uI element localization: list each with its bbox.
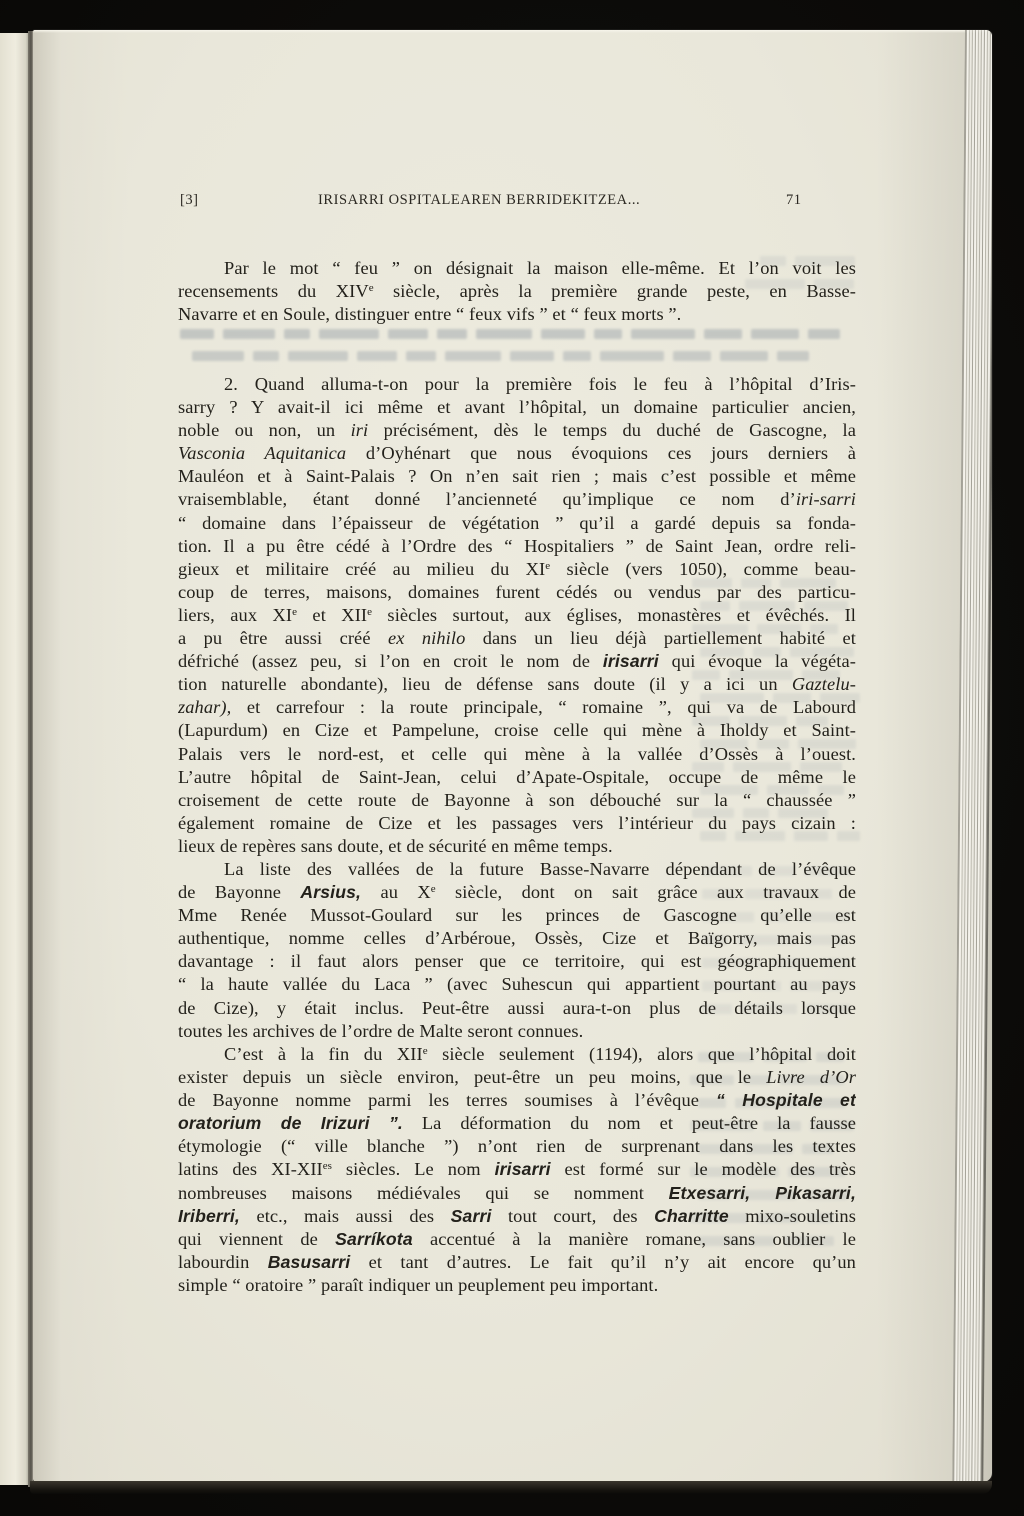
text-run: e bbox=[369, 282, 374, 294]
text-line: La liste des vallées de la future Basse-… bbox=[178, 858, 856, 881]
text-run: (Lapurdum) en Cize et Pampelune, croise … bbox=[178, 720, 856, 740]
text-run: d’Oyhénart que nous évoquions ces jours … bbox=[346, 443, 856, 463]
text-run: Arsius, bbox=[300, 882, 361, 902]
text-line: de Bayonne nomme parmi les terres soumis… bbox=[178, 1089, 856, 1112]
text-run: étymologie (“ ville blanche ”) n’ont rie… bbox=[178, 1136, 856, 1156]
text-run: siècle, dont on sait grâce aux travaux d… bbox=[436, 882, 856, 902]
text-run: coup de terres, maisons, domaines furent… bbox=[178, 582, 856, 602]
text-line: L’autre hôpital de Saint-Jean, celui d’A… bbox=[178, 766, 856, 789]
text-line: (Lapurdum) en Cize et Pampelune, croise … bbox=[178, 719, 856, 742]
text-run: liers, aux XI bbox=[178, 605, 292, 625]
paragraph-4: C’est à la fin du XIIe siècle seulement … bbox=[178, 1043, 856, 1297]
text-line: simple “ oratoire ” paraît indiquer un p… bbox=[178, 1274, 856, 1297]
text-run: qui évoque la végéta- bbox=[659, 651, 856, 671]
text-run: dans un lieu déjà partiellement habité e… bbox=[465, 628, 856, 648]
text-line: défriché (assez peu, si l’on en croit le… bbox=[178, 650, 856, 673]
text-run: et carrefour : la route principale, “ ro… bbox=[231, 697, 856, 717]
text-run: e bbox=[367, 606, 372, 618]
paragraph-2: 2. Quand alluma-t-on pour la première fo… bbox=[178, 373, 856, 858]
text-run: C’est à la fin du XII bbox=[224, 1044, 423, 1064]
text-run: défriché (assez peu, si l’on en croit le… bbox=[178, 651, 603, 671]
text-line: étymologie (“ ville blanche ”) n’ont rie… bbox=[178, 1135, 856, 1158]
text-line: C’est à la fin du XIIe siècle seulement … bbox=[178, 1043, 856, 1066]
text-run: Palais vers le nord-est, et celle qui mè… bbox=[178, 744, 856, 764]
text-run: tout court, des bbox=[492, 1206, 655, 1226]
text-line: “ la haute vallée du Laca ” (avec Suhesc… bbox=[178, 973, 856, 996]
text-run: simple “ oratoire ” paraît indiquer un p… bbox=[178, 1275, 658, 1295]
text-line: lieux de repères sans doute, et de sécur… bbox=[178, 835, 856, 858]
text-line: recensements du XIVe siècle, après la pr… bbox=[178, 280, 856, 303]
text-line: zahar), et carrefour : la route principa… bbox=[178, 696, 856, 719]
text-run: siècles. Le nom bbox=[332, 1159, 495, 1179]
text-line: a pu être aussi créé ex nihilo dans un l… bbox=[178, 627, 856, 650]
text-run: irisarri bbox=[495, 1159, 551, 1179]
text-run: recensements du XIV bbox=[178, 281, 369, 301]
text-run: authentique, nomme celles d’Arbéroue, Os… bbox=[178, 928, 856, 948]
text-run: Sarri bbox=[451, 1206, 492, 1226]
text-line: Par le mot “ feu ” on désignait la maiso… bbox=[178, 257, 856, 280]
text-run: La déformation du nom et peut-être la fa… bbox=[403, 1113, 856, 1133]
previous-page-edge bbox=[0, 33, 28, 1485]
text-run: vraisemblable, étant donné l’ancienneté … bbox=[178, 489, 796, 509]
text-line: oratorium de Irizuri ”. La déformation d… bbox=[178, 1112, 856, 1135]
text-run: “ Hospitale et bbox=[716, 1090, 856, 1110]
text-run: oratorium de Irizuri ”. bbox=[178, 1113, 403, 1133]
text-run: et XII bbox=[297, 605, 367, 625]
text-run: croisement de cette route de Bayonne à s… bbox=[178, 790, 856, 810]
text-run: L’autre hôpital de Saint-Jean, celui d’A… bbox=[178, 767, 856, 787]
page-stack-fore-edge bbox=[952, 30, 992, 1482]
text-line: nombreuses maisons médiévales qui se nom… bbox=[178, 1182, 856, 1205]
text-line: authentique, nomme celles d’Arbéroue, Os… bbox=[178, 927, 856, 950]
text-run: latins des XI-XII bbox=[178, 1159, 323, 1179]
text-line: de Cize), y était inclus. Peut-être auss… bbox=[178, 997, 856, 1020]
text-line: Mme Renée Mussot-Goulard sur les princes… bbox=[178, 904, 856, 927]
text-run: siècle, après la première grande peste, … bbox=[374, 281, 856, 301]
text-run: nombreuses maisons médiévales qui se nom… bbox=[178, 1183, 669, 1203]
page-text-block: Par le mot “ feu ” on désignait la maiso… bbox=[178, 0, 856, 1516]
text-run: davantage : il faut alors penser que ce … bbox=[178, 951, 856, 971]
text-run: e bbox=[545, 560, 550, 572]
text-run: Sarríkota bbox=[335, 1229, 413, 1249]
paragraph-3: La liste des vallées de la future Basse-… bbox=[178, 858, 856, 1043]
text-run: sarry ? Y avait-il ici même et avant l’h… bbox=[178, 397, 856, 417]
text-run: précisément, dès le temps du duché de Ga… bbox=[368, 420, 856, 440]
text-line: vraisemblable, étant donné l’ancienneté … bbox=[178, 488, 856, 511]
text-run: qui viennent de bbox=[178, 1229, 335, 1249]
text-line: tion. Il a pu être cédé à l’Ordre des “ … bbox=[178, 535, 856, 558]
text-run: exister depuis un siècle environ, peut-ê… bbox=[178, 1067, 766, 1087]
text-line: Mauléon et à Saint-Palais ? On n’en sait… bbox=[178, 465, 856, 488]
text-run: gieux et militaire créé au milieu du XI bbox=[178, 559, 545, 579]
text-run: est formé sur le modèle des très bbox=[551, 1159, 856, 1179]
text-run: etc., mais aussi des bbox=[240, 1206, 451, 1226]
text-run: Etxesarri, Pikasarri, bbox=[669, 1183, 856, 1203]
text-run: e bbox=[423, 1045, 428, 1057]
text-run: a pu être aussi créé bbox=[178, 628, 388, 648]
text-run: Mauléon et à Saint-Palais ? On n’en sait… bbox=[178, 466, 856, 486]
text-run: siècle (vers 1050), comme beau- bbox=[550, 559, 856, 579]
text-line: de Bayonne Arsius, au Xe siècle, dont on… bbox=[178, 881, 856, 904]
text-run: tion naturelle abondante), lieu de défen… bbox=[178, 674, 792, 694]
text-run: Navarre et en Soule, distinguer entre “ … bbox=[178, 304, 681, 324]
text-run: “ la haute vallée du Laca ” (avec Suhesc… bbox=[178, 974, 856, 994]
text-run: accentué à la manière romane, sans oubli… bbox=[413, 1229, 856, 1249]
text-line: sarry ? Y avait-il ici même et avant l’h… bbox=[178, 396, 856, 419]
text-line: Navarre et en Soule, distinguer entre “ … bbox=[178, 303, 856, 326]
text-line: 2. Quand alluma-t-on pour la première fo… bbox=[178, 373, 856, 396]
text-run: toutes les archives de l’ordre de Malte … bbox=[178, 1021, 583, 1041]
photo-background: [3] IRISARRI OSPITALEAREN BERRIDEKITZEA.… bbox=[0, 0, 1024, 1516]
text-run: La liste des vallées de la future Basse-… bbox=[224, 859, 856, 879]
text-run: de Bayonne nomme parmi les terres soumis… bbox=[178, 1090, 716, 1110]
text-run: es bbox=[323, 1160, 332, 1172]
text-line: toutes les archives de l’ordre de Malte … bbox=[178, 1020, 856, 1043]
text-line: tion naturelle abondante), lieu de défen… bbox=[178, 673, 856, 696]
text-line: “ domaine dans l’épaisseur de végétation… bbox=[178, 512, 856, 535]
text-run: tion. Il a pu être cédé à l’Ordre des “ … bbox=[178, 536, 856, 556]
text-run: Livre d’Or bbox=[766, 1067, 856, 1087]
text-run: Par le mot “ feu ” on désignait la maiso… bbox=[224, 258, 856, 278]
text-run: Gaztelu- bbox=[792, 674, 856, 694]
text-line: noble ou non, un iri précisément, dès le… bbox=[178, 419, 856, 442]
text-run: lieux de repères sans doute, et de sécur… bbox=[178, 836, 613, 856]
text-run: Mme Renée Mussot-Goulard sur les princes… bbox=[178, 905, 856, 925]
text-line: Iriberri, etc., mais aussi des Sarri tou… bbox=[178, 1205, 856, 1228]
text-line: qui viennent de Sarríkota accentué à la … bbox=[178, 1228, 856, 1251]
text-run: 2. Quand alluma-t-on pour la première fo… bbox=[224, 374, 856, 394]
text-run: au X bbox=[361, 882, 431, 902]
text-line: exister depuis un siècle environ, peut-ê… bbox=[178, 1066, 856, 1089]
text-run: Charritte bbox=[654, 1206, 729, 1226]
text-run: de Bayonne bbox=[178, 882, 300, 902]
text-run: Basusarri bbox=[268, 1252, 351, 1272]
text-run: Iriberri, bbox=[178, 1206, 240, 1226]
text-line: liers, aux XIe et XIIe siècles surtout, … bbox=[178, 604, 856, 627]
text-run: ex nihilo bbox=[388, 628, 465, 648]
text-line: également romaine de Cize et les passage… bbox=[178, 812, 856, 835]
text-run: irisarri bbox=[603, 651, 659, 671]
text-run: iri bbox=[351, 420, 369, 440]
text-line: Vasconia Aquitanica d’Oyhénart que nous … bbox=[178, 442, 856, 465]
paragraph-1: Par le mot “ feu ” on désignait la maiso… bbox=[178, 257, 856, 326]
text-run: également romaine de Cize et les passage… bbox=[178, 813, 856, 833]
text-run: e bbox=[431, 883, 436, 895]
text-line: croisement de cette route de Bayonne à s… bbox=[178, 789, 856, 812]
text-run: et tant d’autres. Le fait qu’il n’y ait … bbox=[350, 1252, 856, 1272]
text-line: Palais vers le nord-est, et celle qui mè… bbox=[178, 743, 856, 766]
text-run: mixo-souletins bbox=[729, 1206, 856, 1226]
text-run: labourdin bbox=[178, 1252, 268, 1272]
text-run: siècles surtout, aux églises, monastères… bbox=[372, 605, 856, 625]
text-line: latins des XI-XIIes siècles. Le nom iris… bbox=[178, 1158, 856, 1181]
text-run: zahar), bbox=[178, 697, 231, 717]
text-run: iri-sarri bbox=[796, 489, 856, 509]
text-run: “ domaine dans l’épaisseur de végétation… bbox=[178, 513, 856, 533]
text-run: e bbox=[292, 606, 297, 618]
text-run: Vasconia Aquitanica bbox=[178, 443, 346, 463]
text-line: labourdin Basusarri et tant d’autres. Le… bbox=[178, 1251, 856, 1274]
text-run: de Cize), y était inclus. Peut-être auss… bbox=[178, 998, 856, 1018]
text-run: noble ou non, un bbox=[178, 420, 351, 440]
text-run: siècle seulement (1194), alors que l’hôp… bbox=[428, 1044, 856, 1064]
text-line: coup de terres, maisons, domaines furent… bbox=[178, 581, 856, 604]
text-line: gieux et militaire créé au milieu du XIe… bbox=[178, 558, 856, 581]
text-line: davantage : il faut alors penser que ce … bbox=[178, 950, 856, 973]
